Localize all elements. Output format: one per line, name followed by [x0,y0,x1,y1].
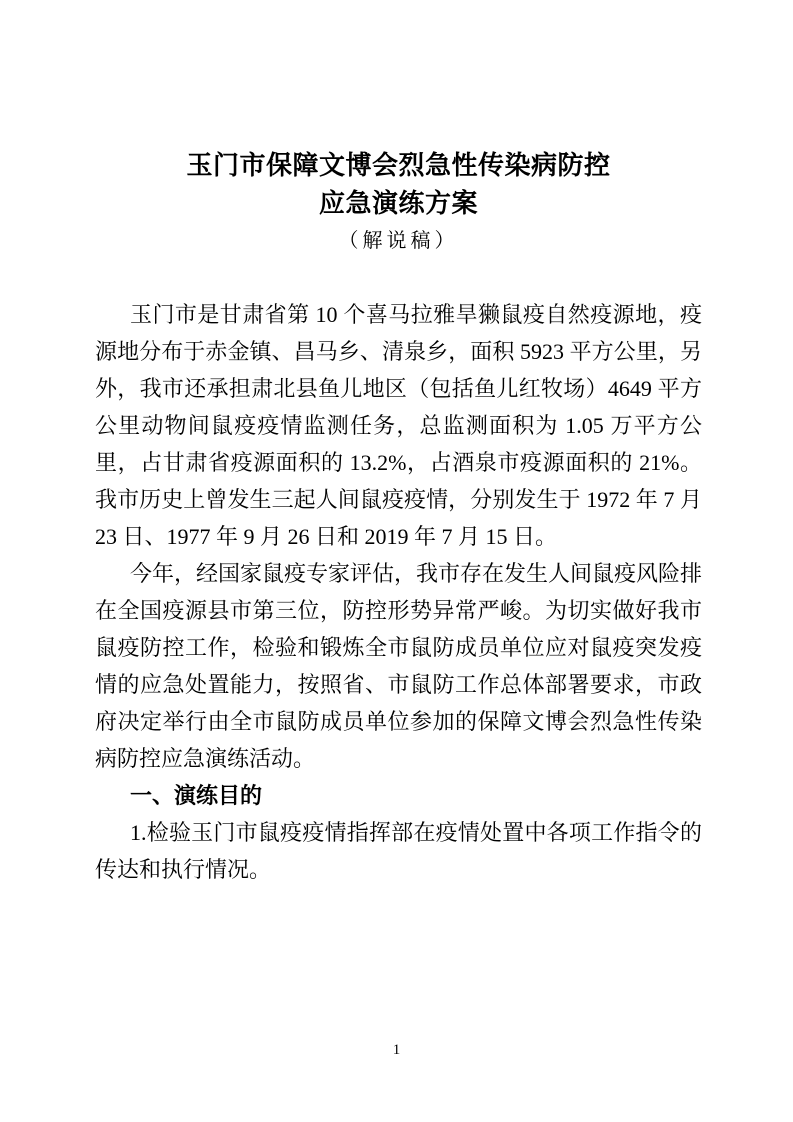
page-number: 1 [0,1040,793,1060]
section-heading-drill-purpose: 一、演练目的 [95,777,702,814]
title-line-2: 应急演练方案 [95,184,702,222]
paragraph-overview: 玉门市是甘肃省第 10 个喜马拉雅旱獭鼠疫自然疫源地，疫源地分布于赤金镇、昌马乡… [95,296,702,555]
document-page: 玉门市保障文博会烈急性传染病防控 应急演练方案 （解说稿） 玉门市是甘肃省第 1… [0,0,793,1122]
document-content: 玉门市保障文博会烈急性传染病防控 应急演练方案 （解说稿） 玉门市是甘肃省第 1… [95,146,702,888]
title-line-1: 玉门市保障文博会烈急性传染病防控 [95,146,702,184]
numbered-item-1: 1.检验玉门市鼠疫疫情指挥部在疫情处置中各项工作指令的传达和执行情况。 [95,814,702,888]
paragraph-background: 今年，经国家鼠疫专家评估，我市存在发生人间鼠疫风险排在全国疫源县市第三位，防控形… [95,555,702,777]
document-title: 玉门市保障文博会烈急性传染病防控 应急演练方案 [95,146,702,222]
document-subtitle: （解说稿） [95,222,702,260]
